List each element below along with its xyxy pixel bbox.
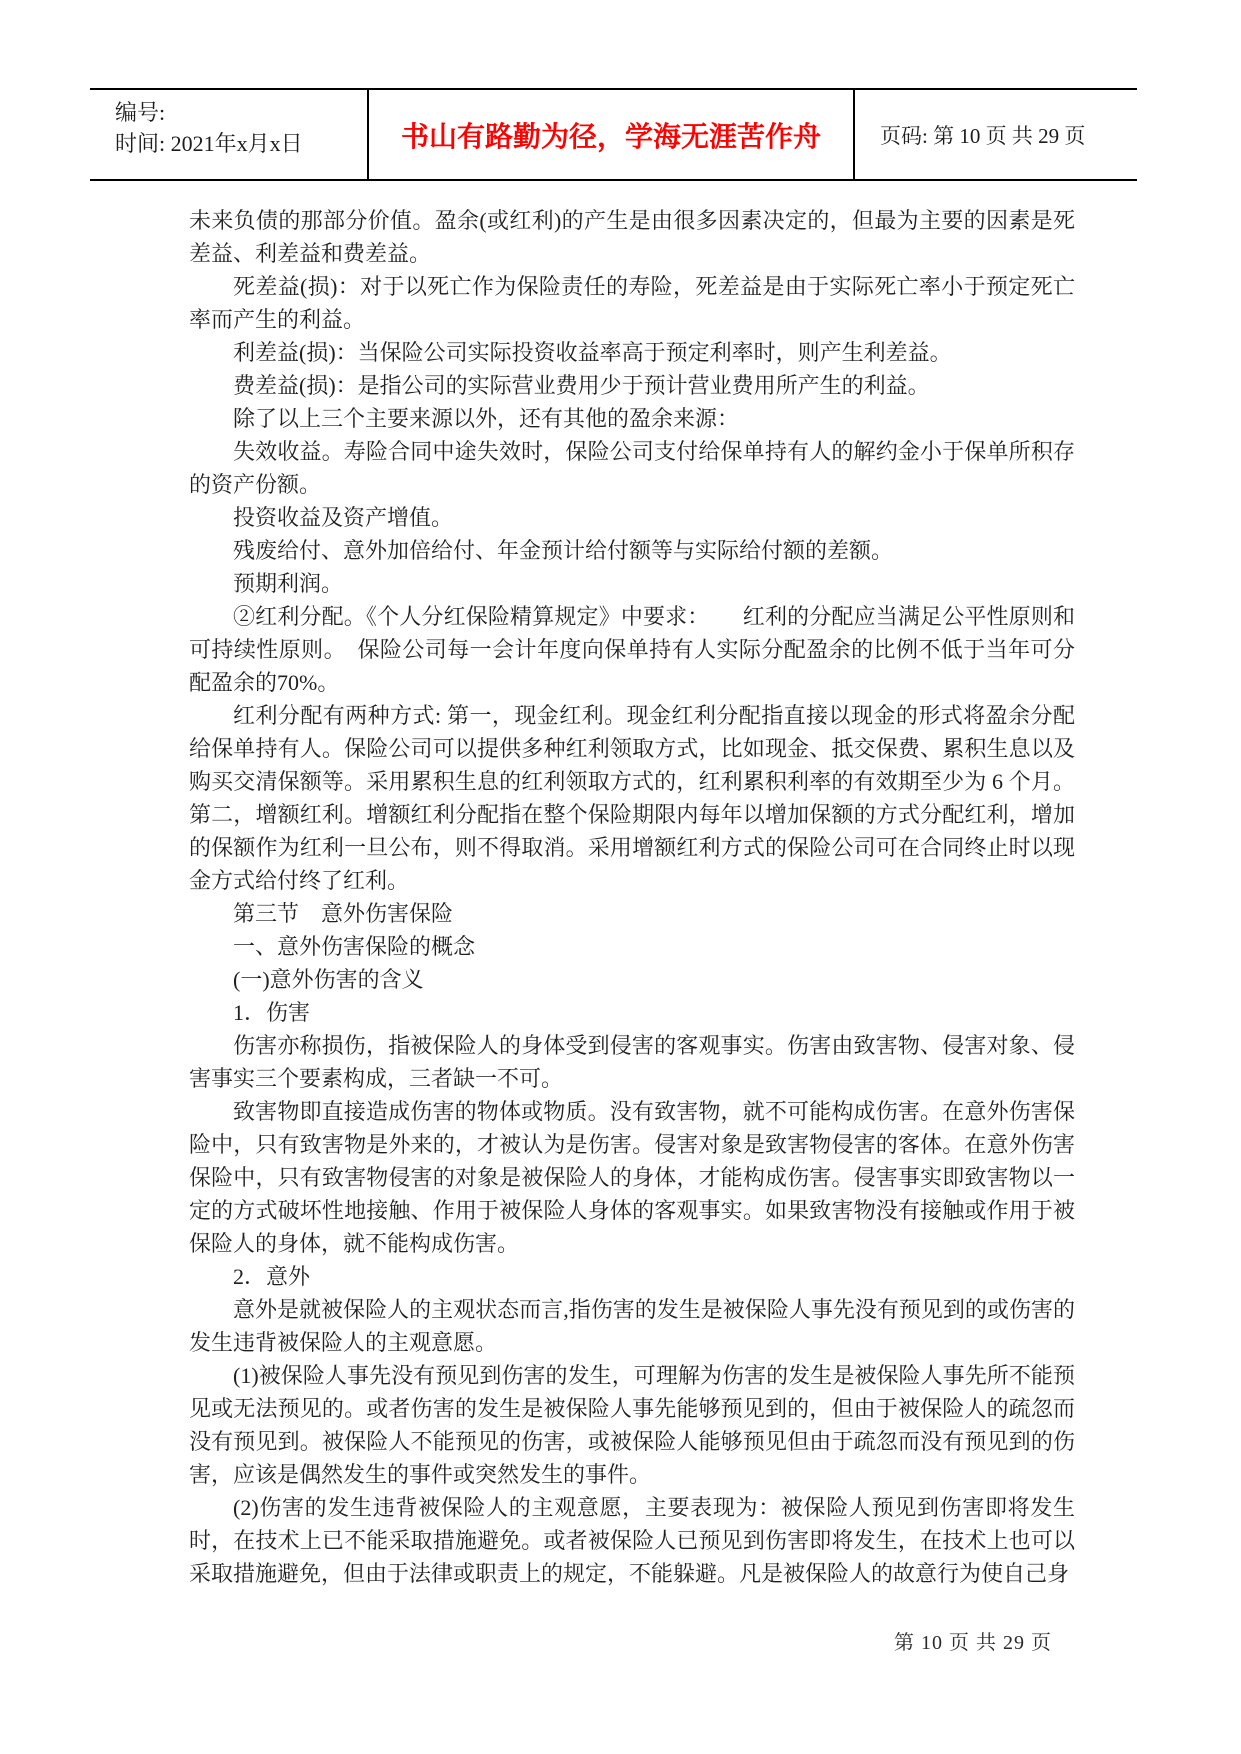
paragraph-other-sources: 除了以上三个主要来源以外，还有其他的盈余来源： [189, 402, 1075, 435]
document-page: 编号: 时间: 2021年x月x日 书山有路勤为径，学海无涯苦作舟 页码: 第 … [0, 0, 1241, 1754]
header-motto: 书山有路勤为径，学海无涯苦作舟 [401, 115, 821, 155]
header-page-info: 页码: 第 10 页 共 29 页 [880, 120, 1085, 150]
paragraph-investment-gain: 投资收益及资产增值。 [189, 501, 1075, 534]
header-cell-meta: 编号: 时间: 2021年x月x日 [90, 90, 367, 179]
doc-number-label: 编号: [115, 97, 367, 128]
heading-injury: 1．伤害 [189, 996, 1075, 1029]
doc-date-line: 时间: 2021年x月x日 [115, 128, 367, 159]
paragraph-benefit-difference: 残废给付、意外加倍给付、年金预计给付额等与实际给付额的差额。 [189, 534, 1075, 567]
document-body: 未来负债的那部分价值。盈余(或红利)的产生是由很多因素决定的，但最为主要的因素是… [189, 204, 1075, 1590]
paragraph-dividend-distribution: ②红利分配。《个人分红保险精算规定》中要求： 红利的分配应当满足公平性原则和可持… [189, 600, 1075, 699]
heading-meaning: (一)意外伤害的含义 [189, 963, 1075, 996]
footer-page-info: 第 10 页 共 29 页 [894, 1632, 1052, 1654]
header-table: 编号: 时间: 2021年x月x日 书山有路勤为径，学海无涯苦作舟 页码: 第 … [90, 88, 1137, 181]
heading-section-3: 第三节 意外伤害保险 [189, 897, 1075, 930]
paragraph-expense-gain: 费差益(损)：是指公司的实际营业费用少于预计营业费用所产生的利益。 [189, 369, 1075, 402]
header-cell-motto: 书山有路勤为径，学海无涯苦作舟 [367, 90, 853, 179]
page-footer: 第 10 页 共 29 页 [894, 1626, 1052, 1655]
paragraph-lapse-gain: 失效收益。寿险合同中途失效时，保险公司支付给保单持有人的解约金小于保单所积存的资… [189, 435, 1075, 501]
paragraph-unforeseen: (1)被保险人事先没有预见到伤害的发生，可理解为伤害的发生是被保险人事先所不能预… [189, 1359, 1075, 1491]
paragraph-injury-definition: 伤害亦称损伤，指被保险人的身体受到侵害的客观事实。伤害由致害物、侵害对象、侵害事… [189, 1029, 1075, 1095]
paragraph-injury-elements: 致害物即直接造成伤害的物体或物质。没有致害物，就不可能构成伤害。在意外伤害保险中… [189, 1095, 1075, 1260]
paragraph-continuation: 未来负债的那部分价值。盈余(或红利)的产生是由很多因素决定的，但最为主要的因素是… [189, 204, 1075, 270]
header-cell-page: 页码: 第 10 页 共 29 页 [853, 90, 1137, 179]
heading-concept: 一、意外伤害保险的概念 [189, 930, 1075, 963]
paragraph-against-will: (2)伤害的发生违背被保险人的主观意愿，主要表现为：被保险人预见到伤害即将发生时… [189, 1491, 1075, 1590]
paragraph-dividend-methods: 红利分配有两种方式: 第一，现金红利。现金红利分配指直接以现金的形式将盈余分配给… [189, 699, 1075, 897]
heading-accident: 2．意外 [189, 1260, 1075, 1293]
paragraph-mortality-gain: 死差益(损)：对于以死亡作为保险责任的寿险，死差益是由于实际死亡率小于预定死亡率… [189, 270, 1075, 336]
paragraph-expected-profit: 预期利润。 [189, 567, 1075, 600]
paragraph-accident-definition: 意外是就被保险人的主观状态而言,指伤害的发生是被保险人事先没有预见到的或伤害的发… [189, 1293, 1075, 1359]
paragraph-interest-gain: 利差益(损)：当保险公司实际投资收益率高于预定利率时，则产生利差益。 [189, 336, 1075, 369]
